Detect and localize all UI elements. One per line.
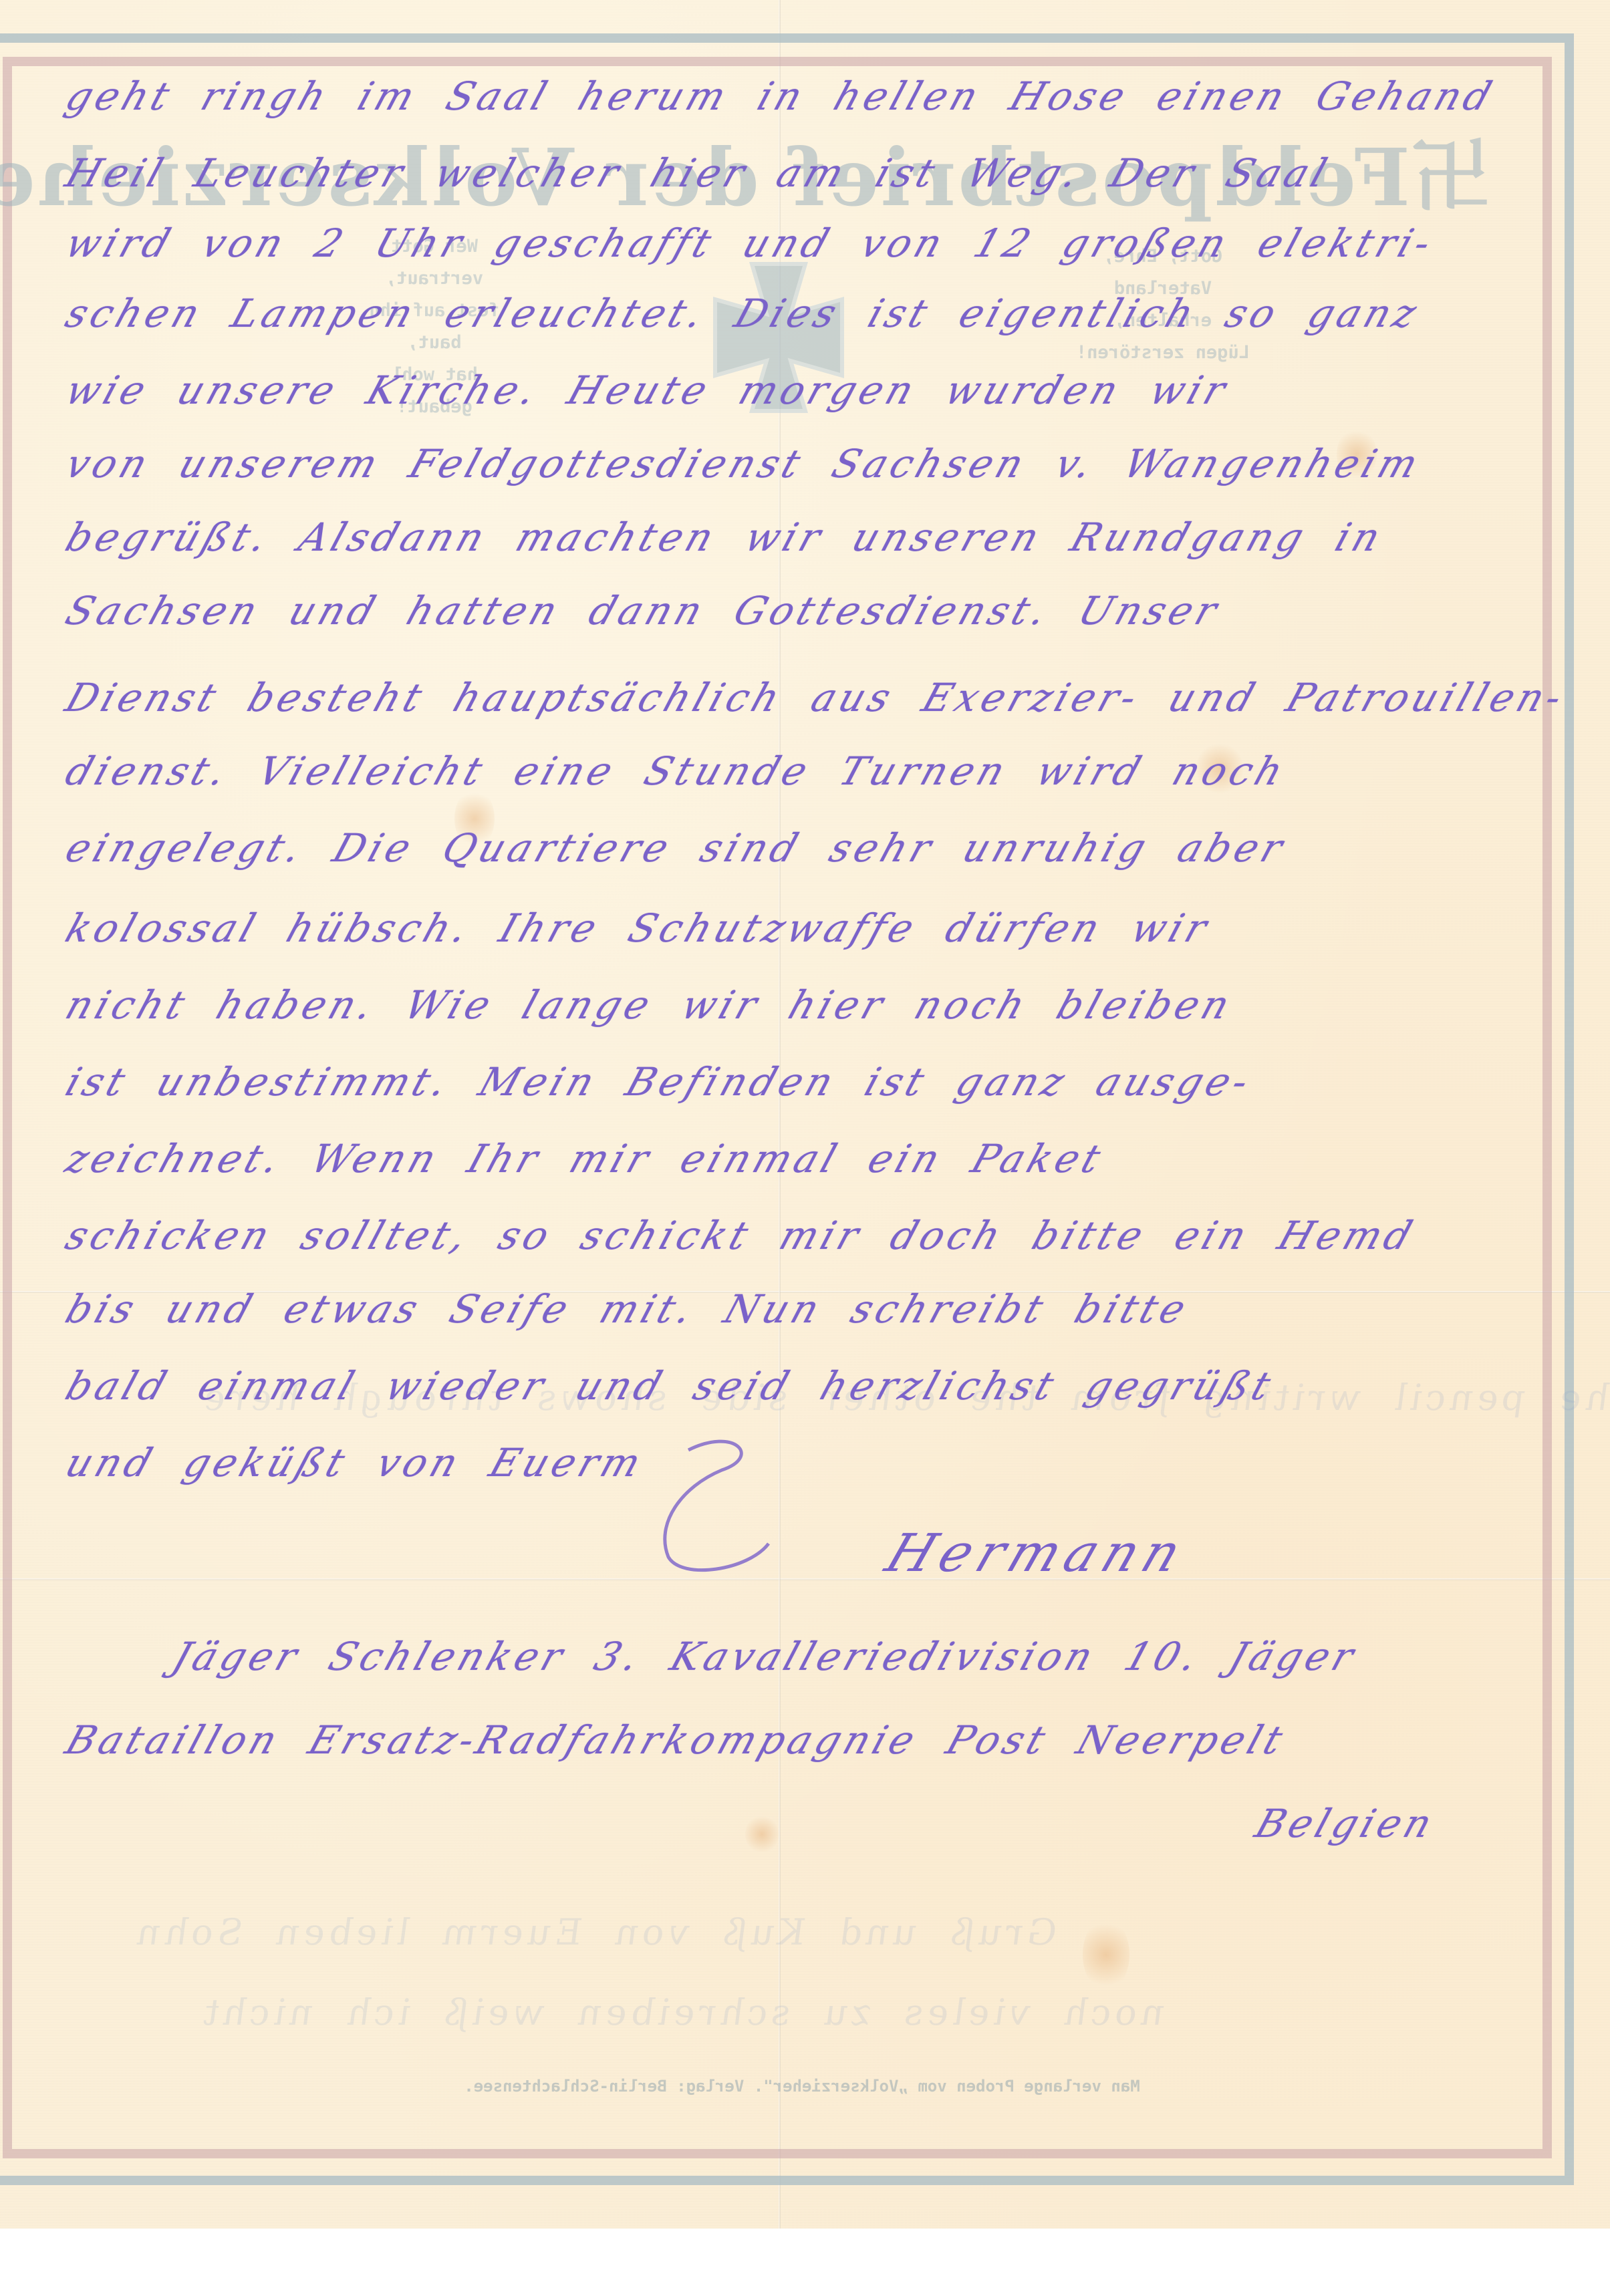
letter-line: nicht haben. Wie lange wir hier noch ble… <box>60 982 1239 1028</box>
signature: Hermann <box>878 1524 1196 1584</box>
letter-line: kolossal hübsch. Ihre Schutzwaffe dürfen… <box>60 905 1216 951</box>
closing-flourish-icon <box>601 1430 842 1577</box>
letter-line: eingelegt. Die Quartiere sind sehr unruh… <box>60 825 1293 871</box>
letter-line: von unserem Feldgottesdienst Sachsen v. … <box>60 441 1428 486</box>
letter-line: schicken solltet, so schickt mir doch bi… <box>60 1213 1422 1258</box>
address-line: Bataillon Ersatz-Radfahrkompagnie Post N… <box>60 1717 1292 1763</box>
letter-line: bald einmal wieder und seid herzlichst g… <box>60 1363 1280 1409</box>
letter-sheet: 卐 Feldpostbrief der Volkserzieher 卐 Wer … <box>0 0 1610 2229</box>
letter-line: schen Lampen erleuchtet. Dies ist eigent… <box>60 291 1426 336</box>
letter-line: zeichnet. Wenn Ihr mir einmal ein Paket <box>60 1136 1110 1181</box>
reverse-side-show-through: noch vieles zu schreiben weiß ich nicht <box>194 1991 1172 2033</box>
letter-line: und geküßt von Euerm <box>60 1440 650 1485</box>
scan-bottom-margin <box>0 2229 1610 2296</box>
letter-line: bis und etwas Seife mit. Nun schreibt bi… <box>60 1286 1195 1332</box>
address-line: Belgien <box>1250 1801 1442 1846</box>
letterhead-footer-imprint: Man verlange Proben vom „Volkserzieher".… <box>374 2077 1230 2096</box>
letter-line: Dienst besteht hauptsächlich aus Exerzie… <box>60 675 1572 720</box>
letter-line: ist unbestimmt. Mein Befinden ist ganz a… <box>60 1059 1258 1105</box>
letter-line: Heil Leuchter welcher hier am ist Weg. D… <box>60 150 1336 196</box>
letter-line: Sachsen und hatten dann Gottesdienst. Un… <box>60 588 1226 633</box>
letter-line: wird von 2 Uhr geschafft und von 12 groß… <box>60 221 1440 266</box>
motto-line: Lügen zerstören! <box>1069 337 1256 369</box>
letter-line: geht ringh im Saal herum in hellen Hose … <box>60 74 1501 119</box>
address-line: Jäger Schlenker 3. Kavalleriedivision 10… <box>167 1634 1363 1679</box>
reverse-side-show-through: Gruß und Kuß von Euerm lieben Sohn <box>127 1911 1063 1953</box>
letter-line: dienst. Vielleicht eine Stunde Turnen wi… <box>60 748 1293 794</box>
letter-line: begrüßt. Alsdann machten wir unseren Run… <box>60 515 1390 560</box>
swastika-emblem-icon: 卐 <box>1410 137 1490 217</box>
letter-line: wie unsere Kirche. Heute morgen wurden w… <box>60 368 1235 413</box>
